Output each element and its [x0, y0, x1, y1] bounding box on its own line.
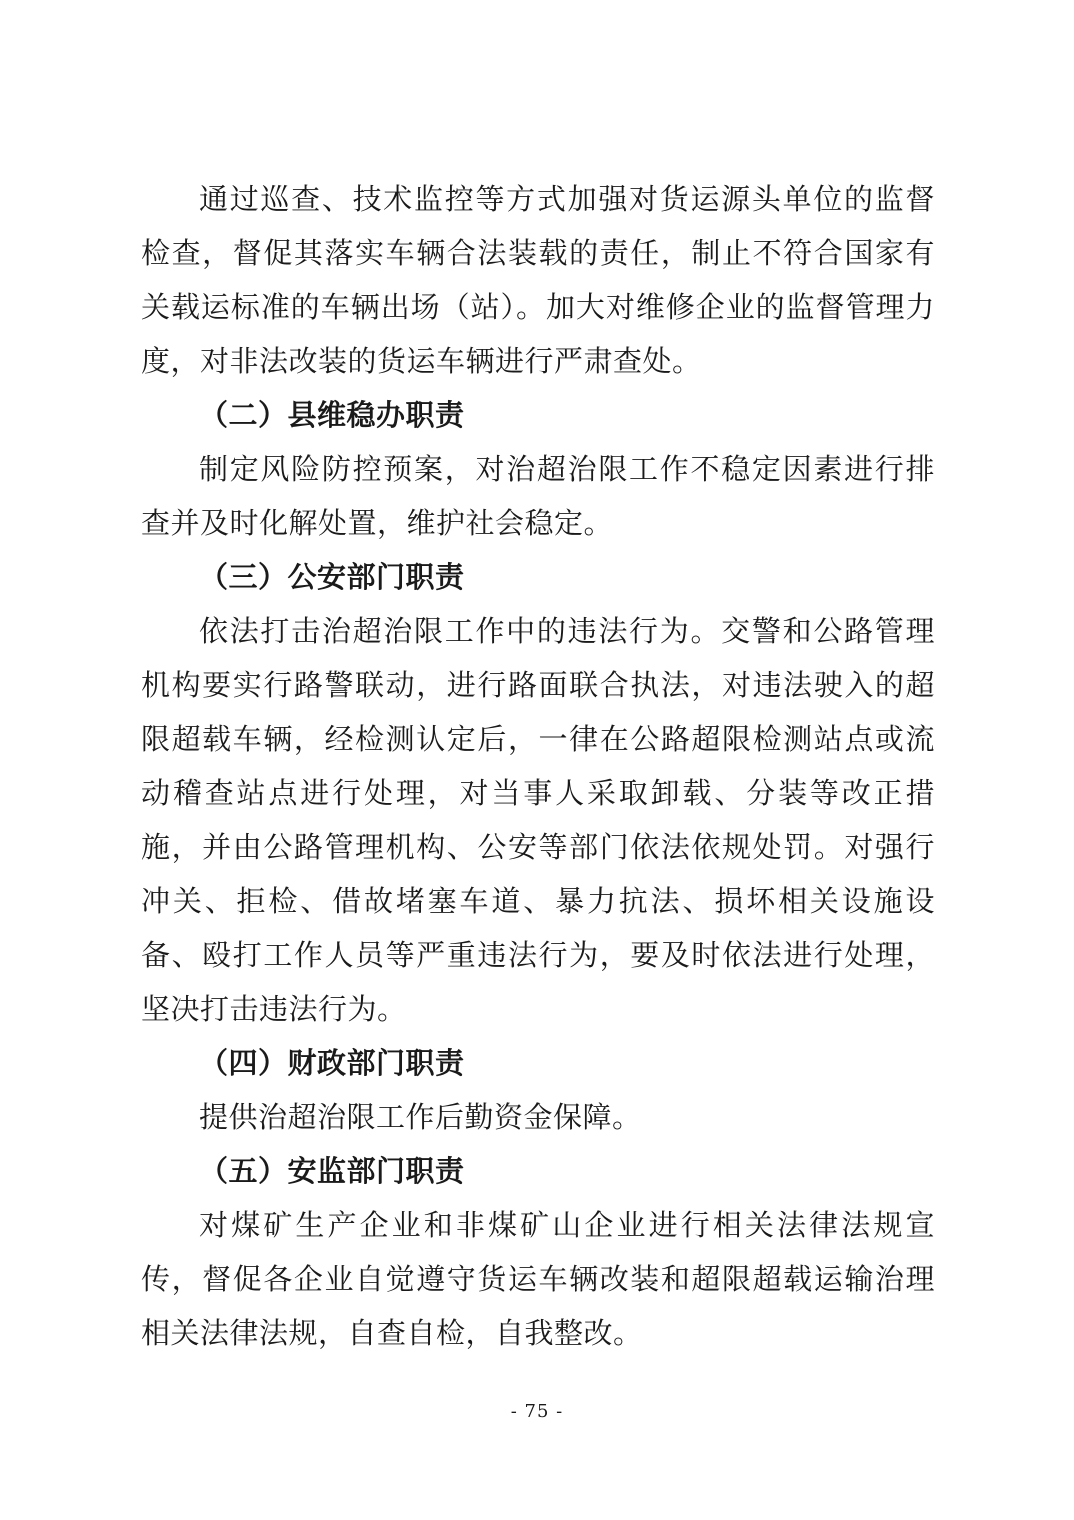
section-heading-5: （五）安监部门职责 — [141, 1144, 935, 1198]
body-paragraph: 提供治超治限工作后勤资金保障。 — [141, 1090, 935, 1144]
section-heading-2: （二）县维稳办职责 — [141, 388, 935, 442]
body-paragraph: 对煤矿生产企业和非煤矿山企业进行相关法律法规宣传，督促各企业自觉遵守货运车辆改装… — [141, 1198, 935, 1360]
section-heading-4: （四）财政部门职责 — [141, 1036, 935, 1090]
body-paragraph: 通过巡查、技术监控等方式加强对货运源头单位的监督检查，督促其落实车辆合法装载的责… — [141, 172, 935, 388]
document-page: 通过巡查、技术监控等方式加强对货运源头单位的监督检查，督促其落实车辆合法装载的责… — [0, 0, 1074, 1520]
document-body: 通过巡查、技术监控等方式加强对货运源头单位的监督检查，督促其落实车辆合法装载的责… — [141, 172, 935, 1360]
body-paragraph: 依法打击治超治限工作中的违法行为。交警和公路管理机构要实行路警联动，进行路面联合… — [141, 604, 935, 1036]
body-paragraph: 制定风险防控预案，对治超治限工作不稳定因素进行排查并及时化解处置，维护社会稳定。 — [141, 442, 935, 550]
section-heading-3: （三）公安部门职责 — [141, 550, 935, 604]
page-number: - 75 - — [0, 1398, 1074, 1426]
